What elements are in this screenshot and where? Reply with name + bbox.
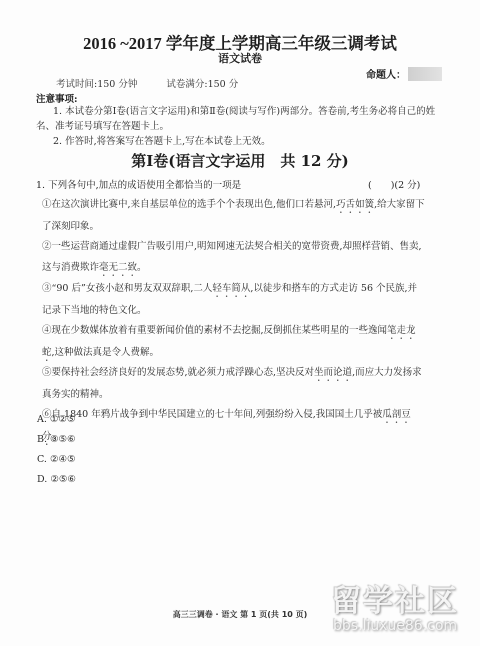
section-title: 第Ⅰ卷(语言文字运用 共 12 分) bbox=[0, 150, 480, 171]
question-item-4: ④现在少数媒体放着有重要新闻价值的素材不去挖掘,反倒抓住某些明星的一些逸闻笔走龙… bbox=[42, 320, 426, 364]
question-item-6: ⑥自 1840 年鸦片战争到中华民国建立的七十年间,列强纷纷入侵,我国国土几乎被… bbox=[42, 404, 426, 448]
note-item-2: 2. 作答时,将答案写在答题卡上,写在本试卷上无效。 bbox=[36, 134, 436, 149]
exam-subtitle: 语文试卷 bbox=[0, 50, 480, 66]
watermark-brand: 留学社区 bbox=[320, 586, 470, 618]
author-label: 命题人： bbox=[366, 66, 406, 81]
dotted-idiom: 轻车简从 bbox=[212, 283, 250, 294]
redacted-author-name bbox=[408, 67, 442, 81]
question-item-3: ③“90 后”女孩小赵和男友双双辞职,二人轻车简从,以徒步和搭车的方式走访 56… bbox=[42, 278, 426, 321]
question-item-1: ①在这次演讲比赛中,来自基层单位的选手个个表现出色,他们口若悬河,巧舌如簧,给大… bbox=[42, 194, 426, 237]
author-line: 命题人： bbox=[366, 66, 442, 81]
notes-heading: 注意事项: bbox=[36, 91, 78, 105]
watermark-url: bbs.liuxue86.com bbox=[320, 618, 470, 634]
note-item-1: 1. 本试卷分第Ⅰ卷(语言文字运用)和第Ⅱ卷(阅读与写作)两部分。答卷前,考生务… bbox=[36, 104, 436, 134]
dotted-idiom: 巧舌如簧 bbox=[336, 199, 374, 210]
question-score: ( )(2 分) bbox=[368, 177, 420, 191]
option-d: D. ②⑤⑥ bbox=[37, 474, 76, 485]
option-c: C. ②④⑤ bbox=[37, 454, 76, 465]
dotted-idiom: 坐而论道 bbox=[314, 367, 352, 378]
dotted-idiom: 毫无二致 bbox=[99, 262, 137, 273]
exam-meta: 考试时间:150 分钟 试卷满分:150 分 bbox=[56, 76, 238, 90]
option-b: B. ③⑤⑥ bbox=[37, 434, 76, 445]
question-item-2: ②一些运营商通过虚假广告吸引用户,明知网速无法契合相关的宽带资费,却照样营销、售… bbox=[42, 236, 426, 279]
full-score: 试卷满分:150 分 bbox=[166, 79, 238, 90]
exam-page: 2016 ~2017 学年度上学期高三年级三调考试 语文试卷 命题人： 考试时间… bbox=[0, 0, 480, 646]
option-a: A. ①②⑤ bbox=[37, 414, 75, 425]
exam-time: 考试时间:150 分钟 bbox=[56, 79, 137, 90]
watermark: 留学社区 bbs.liuxue86.com bbox=[320, 586, 470, 642]
question-item-5: ⑤要保持社会经济良好的发展态势,就必须力戒浮躁心态,坚决反对坐而论道,而应大力发… bbox=[42, 362, 426, 405]
